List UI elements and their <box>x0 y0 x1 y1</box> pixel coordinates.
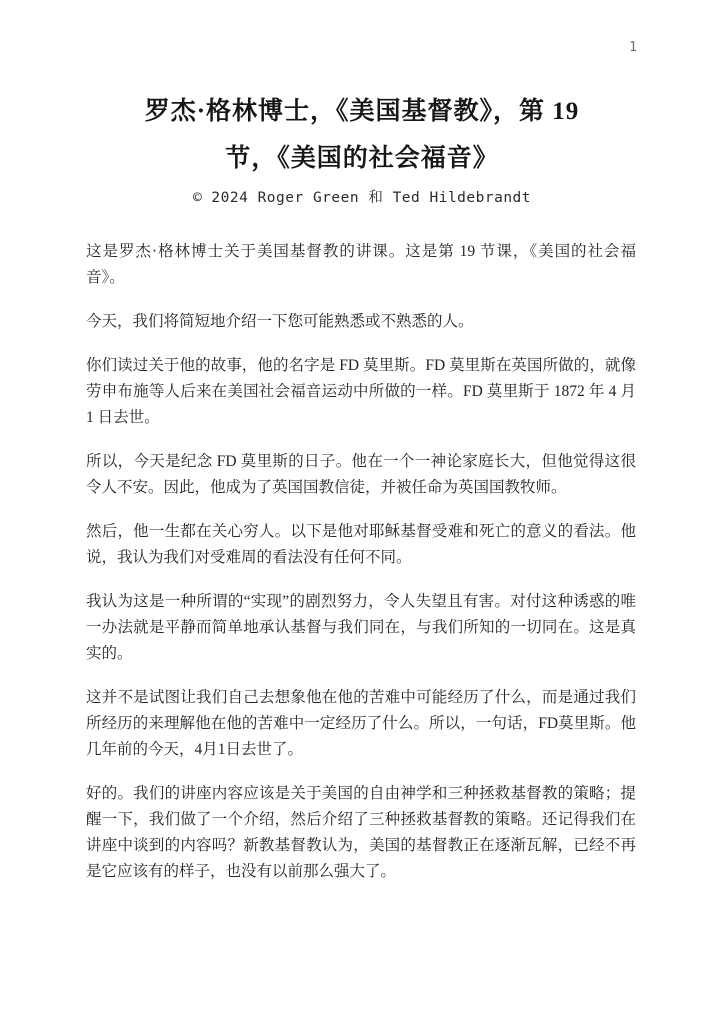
document-title-line-1: 罗杰·格林博士，《美国基督教》，第 19 <box>0 88 724 135</box>
document-title-line-2: 节，《美国的社会福音》 <box>0 135 724 182</box>
document-header: 罗杰·格林博士，《美国基督教》，第 19 节，《美国的社会福音》 © 2024 … <box>0 0 724 207</box>
document-page: 1 罗杰·格林博士，《美国基督教》，第 19 节，《美国的社会福音》 © 202… <box>0 0 724 1024</box>
document-title: 罗杰·格林博士，《美国基督教》，第 19 节，《美国的社会福音》 <box>0 88 724 182</box>
paragraph: 你们读过关于他的故事，他的名字是 FD 莫里斯。FD 莫里斯在英国所做的，就像劳… <box>86 353 636 431</box>
page-number: 1 <box>629 40 637 55</box>
paragraph: 今天，我们将简短地介绍一下您可能熟悉或不熟悉的人。 <box>86 309 636 335</box>
document-body: 这是罗杰·格林博士关于美国基督教的讲课。这是第 19 节课，《美国的社会福音》。… <box>86 239 636 885</box>
paragraph: 所以，今天是纪念 FD 莫里斯的日子。他在一个一神论家庭长大，但他觉得这很令人不… <box>86 449 636 501</box>
copyright-byline: © 2024 Roger Green 和 Ted Hildebrandt <box>0 186 724 207</box>
paragraph: 我认为这是一种所谓的“实现”的剧烈努力，令人失望且有害。对付这种诱惑的唯一办法就… <box>86 589 636 667</box>
paragraph: 然后，他一生都在关心穷人。以下是他对耶稣基督受难和死亡的意义的看法。他说，我认为… <box>86 519 636 571</box>
paragraph: 这并不是试图让我们自己去想象他在他的苦难中可能经历了什么，而是通过我们所经历的来… <box>86 685 636 763</box>
paragraph: 这是罗杰·格林博士关于美国基督教的讲课。这是第 19 节课，《美国的社会福音》。 <box>86 239 636 291</box>
paragraph: 好的。我们的讲座内容应该是关于美国的自由神学和三种拯救基督教的策略；提醒一下，我… <box>86 781 636 885</box>
